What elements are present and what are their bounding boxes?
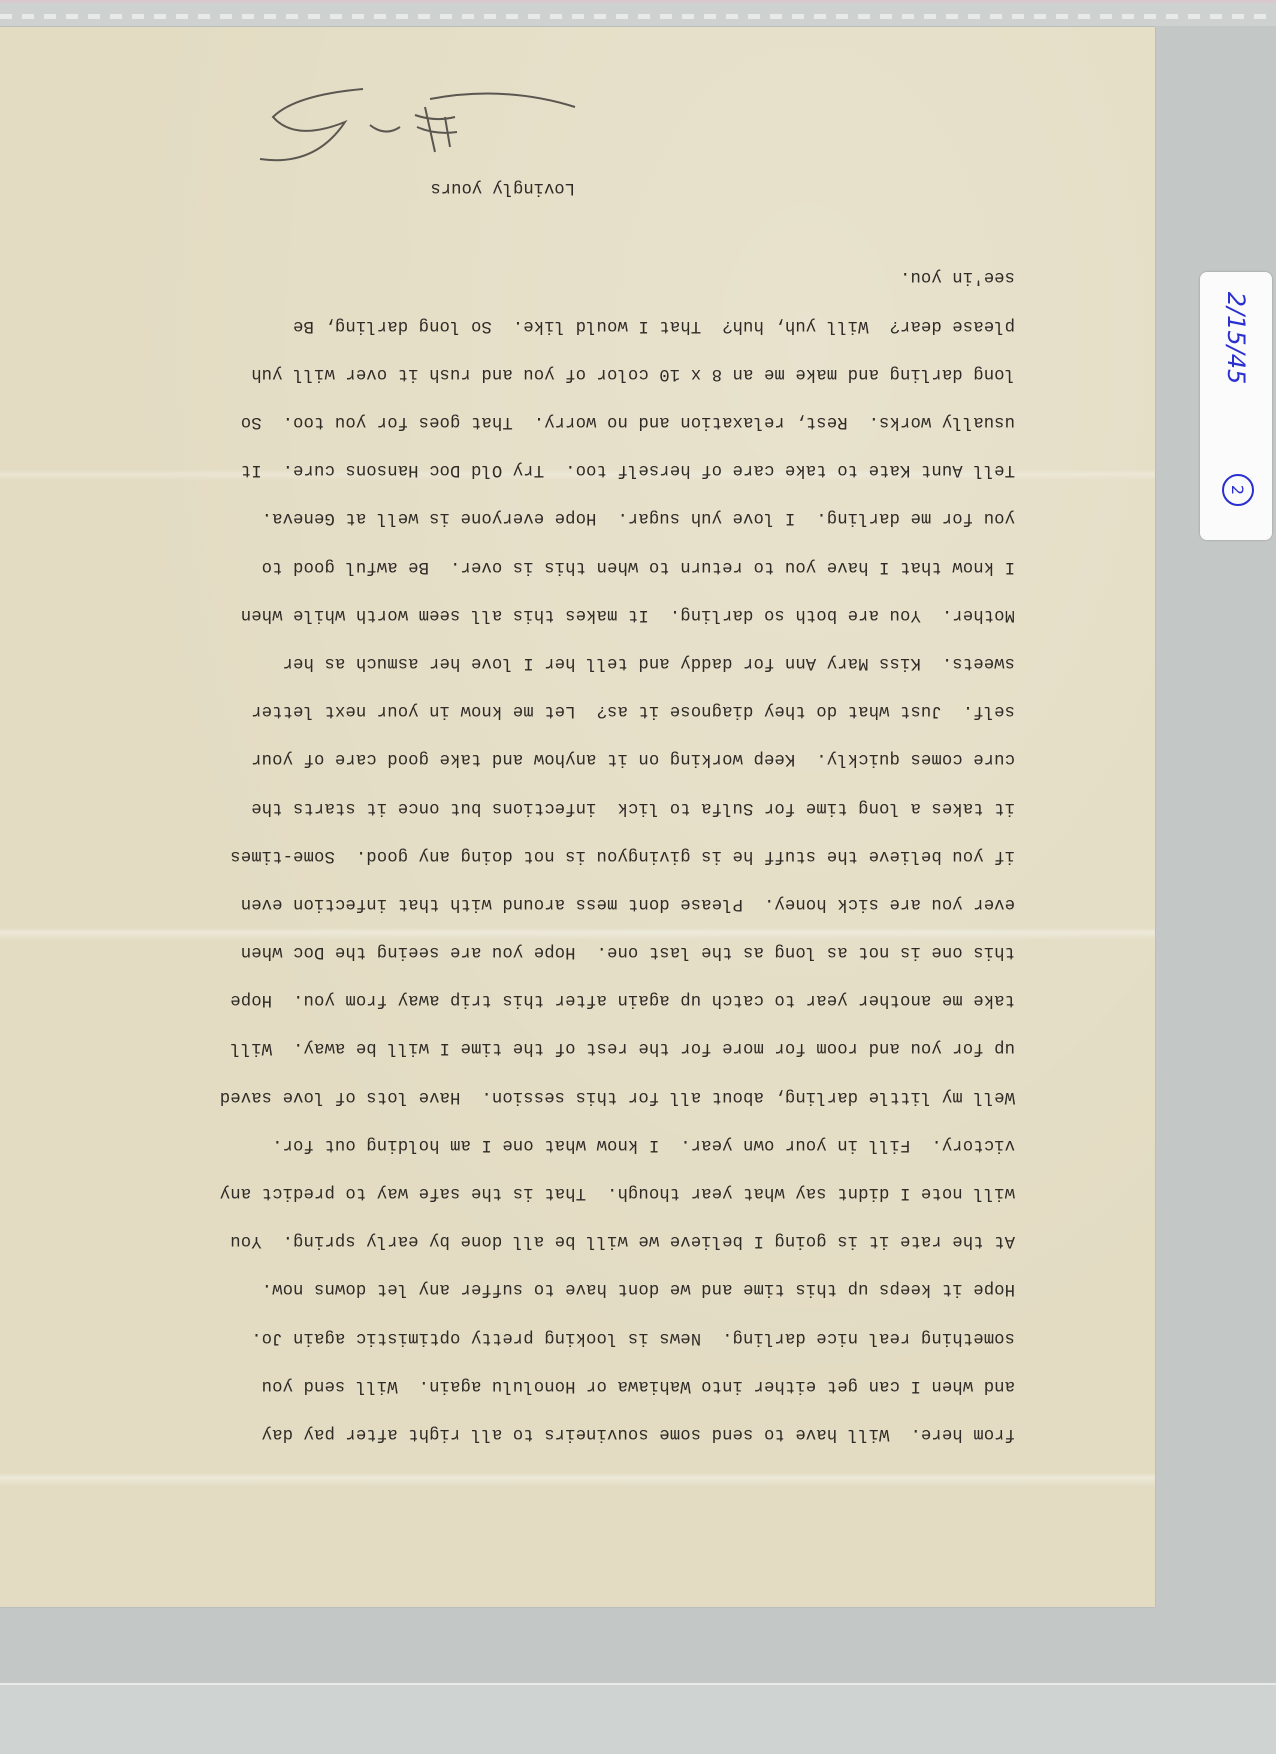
letter-line: long darling and make me an 8 x 10 color… bbox=[115, 349, 1015, 397]
letter-line: up for you and room for more for the res… bbox=[115, 1023, 1015, 1071]
letter-line: from here. Will have to send some souvin… bbox=[115, 1409, 1015, 1457]
letter-line: Tell Aunt Kate to take care of herself t… bbox=[115, 445, 1015, 493]
letter-line: Hope it keeps up this time and we dont h… bbox=[115, 1264, 1015, 1312]
sleeve-perforation bbox=[0, 14, 1276, 19]
letter-line: and when I can get either into Wahiawa o… bbox=[115, 1361, 1015, 1409]
letter-line: I know that I have you to return to when… bbox=[115, 541, 1015, 589]
letter-line: something real nice darling. News is loo… bbox=[115, 1312, 1015, 1360]
letter-line: Mother. You are both so darling. It make… bbox=[115, 590, 1015, 638]
letter-line: self. Just what do they diagnose it as? … bbox=[115, 686, 1015, 734]
letter-line: this one is not as long as the last one.… bbox=[115, 927, 1015, 975]
label-page-number: 2 bbox=[1222, 474, 1254, 506]
letter-content-rotated: from here. Will have to send some souvin… bbox=[0, 27, 1155, 1607]
letter-line: ever you are sick honey. Please dont mes… bbox=[115, 879, 1015, 927]
letter-line: it takes a long time for Sulfa to lick i… bbox=[115, 782, 1015, 830]
signature-icon bbox=[255, 67, 595, 177]
sleeve-bottom bbox=[0, 1685, 1276, 1754]
letter-line: sweets. Kiss Mary Ann for daddy and tell… bbox=[115, 638, 1015, 686]
closing-line: Lovingly yours bbox=[431, 178, 575, 197]
letter-line: you for me darling. I love yuh sugar. Ho… bbox=[115, 493, 1015, 541]
letter-line: victory. Fill in your own year. I know w… bbox=[115, 1120, 1015, 1168]
letter-line: Well my little darling, about all for th… bbox=[115, 1072, 1015, 1120]
letter-page: from here. Will have to send some souvin… bbox=[0, 27, 1155, 1607]
letter-line: see'in you. bbox=[115, 252, 1015, 300]
letter-line: cure comes quickly. Keep working on it a… bbox=[115, 734, 1015, 782]
sleeve-top-edge bbox=[0, 0, 1276, 26]
letter-line: At the rate it is going I believe we wil… bbox=[115, 1216, 1015, 1264]
letter-body: from here. Will have to send some souvin… bbox=[115, 252, 1015, 1457]
letter-line: will note I didnt say what year though. … bbox=[115, 1168, 1015, 1216]
label-date: 2/15/45 bbox=[1222, 292, 1250, 385]
archive-label: 2/15/45 2 bbox=[1200, 272, 1272, 540]
letter-line: take me another year to catch up again a… bbox=[115, 975, 1015, 1023]
letter-line: if you believe the stuff he is givingyou… bbox=[115, 831, 1015, 879]
letter-line: please dear? Will yuh, huh? That I would… bbox=[115, 301, 1015, 349]
letter-line: usually works. Rest, relaxation and no w… bbox=[115, 397, 1015, 445]
